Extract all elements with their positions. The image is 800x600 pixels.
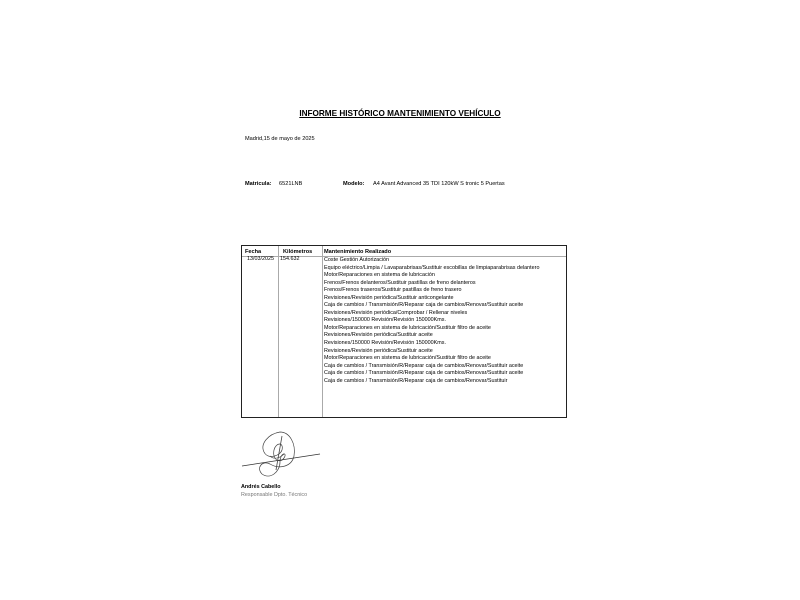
maintenance-items: Coste Gestión AutorizaciónEquipo eléctri… [324, 257, 544, 385]
header-date: Fecha [245, 249, 261, 255]
model-value: A4 Avant Advanced 35 TDI 120kW S tronic … [373, 181, 505, 187]
maintenance-item: Caja de cambios / Transmisión/R/Reparar … [324, 363, 544, 371]
row-km: 154.632 [280, 256, 300, 264]
maintenance-item: Revisiones/150000 Revisión/Revisión 1500… [324, 340, 544, 348]
maintenance-item: Equipo eléctrico/Limpia / Lavaparabrisas… [324, 265, 544, 273]
maintenance-item: Motor/Reparaciones en sistema de lubrica… [324, 272, 544, 280]
plate-value: 6521LNB [279, 181, 302, 187]
header-km: Kilómetros [283, 249, 312, 255]
signer-name: Andrés Cabello [241, 484, 281, 490]
maintenance-item: Motor/Reparaciones en sistema de lubrica… [324, 355, 544, 363]
maintenance-item: Motor/Reparaciones en sistema de lubrica… [324, 325, 544, 333]
report-title: INFORME HISTÓRICO MANTENIMIENTO VEHÍCULO [0, 109, 800, 118]
model-label: Modelo: [343, 181, 364, 187]
maintenance-item: Frenos/Frenos traseros/Sustituir pastill… [324, 287, 544, 295]
maintenance-item: Frenos/Frenos delanteros/Sustituir pasti… [324, 280, 544, 288]
maintenance-item: Coste Gestión Autorización [324, 257, 544, 265]
plate-label: Matricula: [245, 181, 271, 187]
maintenance-item: Revisiones/Revisión periódica/Sustituir … [324, 332, 544, 340]
column-divider [278, 246, 279, 417]
maintenance-item: Caja de cambios / Transmisión/R/Reparar … [324, 378, 544, 386]
maintenance-item: Revisiones/Revisión periódica/Sustituir … [324, 348, 544, 356]
row-date: 13/03/2025 [247, 256, 274, 264]
header-maintenance: Mantenimiento Realizado [324, 249, 391, 255]
signer-role: Responsable Dpto. Técnico [241, 492, 307, 498]
maintenance-item: Caja de cambios / Transmisión/R/Reparar … [324, 302, 544, 310]
signature-image [240, 430, 322, 482]
column-divider [322, 246, 323, 417]
maintenance-item: Revisiones/Revisión periódica/Comprobar … [324, 310, 544, 318]
place-date: Madrid,15 de mayo de 2025 [245, 136, 315, 142]
maintenance-table: Fecha Kilómetros Mantenimiento Realizado… [241, 245, 567, 418]
maintenance-item: Caja de cambios / Transmisión/R/Reparar … [324, 370, 544, 378]
maintenance-item: Revisiones/Revisión periódica/Sustituir … [324, 295, 544, 303]
maintenance-item: Revisiones/150000 Revisión/Revisión 1500… [324, 317, 544, 325]
